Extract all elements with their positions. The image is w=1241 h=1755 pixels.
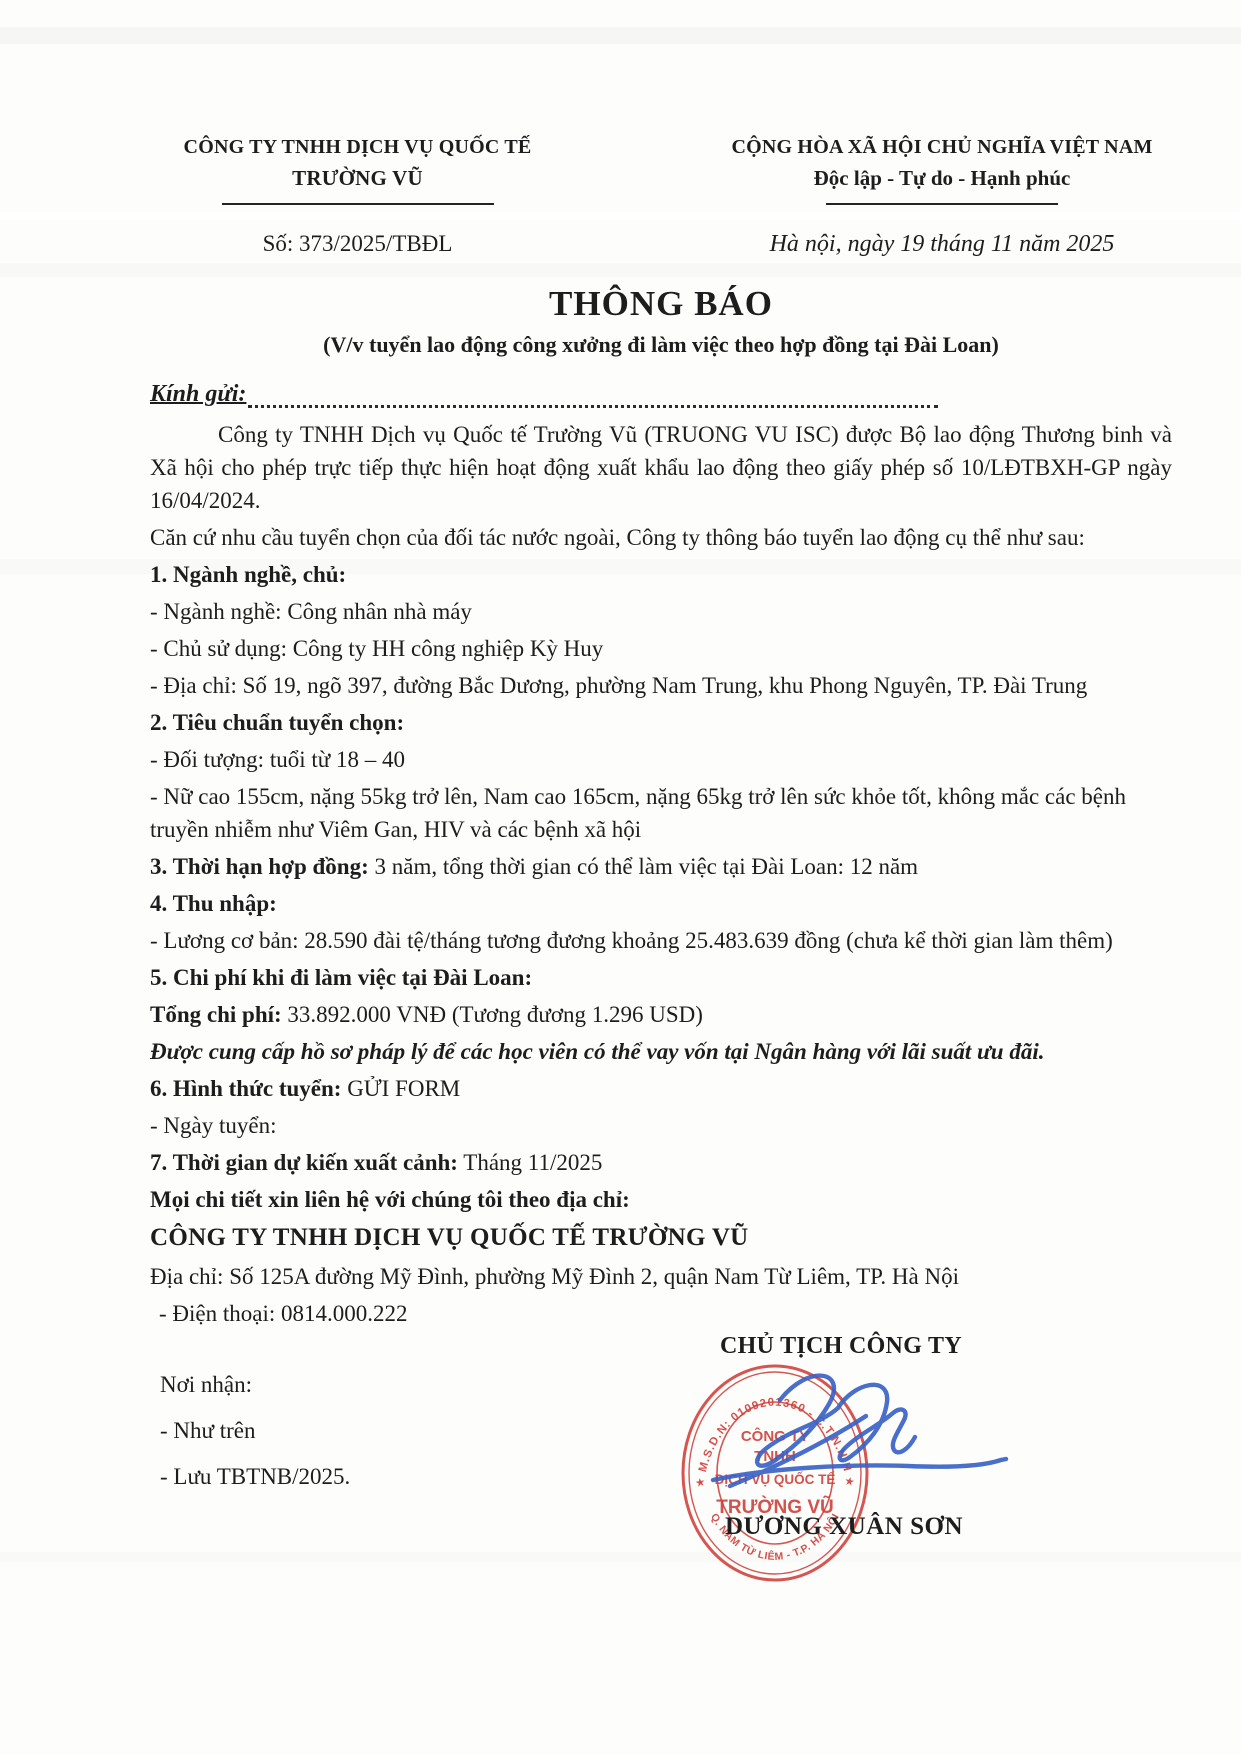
body-line: - Nữ cao 155cm, nặng 55kg trở lên, Nam c… [150, 780, 1172, 846]
signer-title: CHỦ TỊCH CÔNG TY [631, 1333, 1051, 1360]
text-run: 7. Thời gian dự kiến xuất cảnh: [150, 1150, 458, 1175]
text-run: Tổng chi phí: [150, 1002, 282, 1027]
national-header-block: CỘNG HÒA XÃ HỘI CHỦ NGHĨA VIỆT NAM Độc l… [712, 132, 1172, 205]
text-run: Địa chỉ: Số 125A đường Mỹ Đình, phường M… [150, 1264, 959, 1289]
document-title: THÔNG BÁO [150, 284, 1172, 324]
document-number: Số: 373/2025/TBĐL [150, 231, 565, 258]
document-subtitle: (V/v tuyển lao động công xưởng đi làm vi… [150, 330, 1172, 360]
text-run: CÔNG TY TNHH DỊCH VỤ QUỐC TẾ TRƯỜNG VŨ [150, 1224, 749, 1251]
text-run: - Chủ sử dụng: Công ty HH công nghiệp Kỳ… [150, 636, 603, 661]
body-line: - Chủ sử dụng: Công ty HH công nghiệp Kỳ… [150, 632, 1172, 665]
company-header-block: CÔNG TY TNHH DỊCH VỤ QUỐC TẾ TRƯỜNG VŨ [150, 132, 565, 205]
text-run: GỬI FORM [341, 1076, 460, 1101]
body-line: Mọi chi tiết xin liên hệ với chúng tôi t… [150, 1183, 1172, 1216]
body-line: Tổng chi phí: 33.892.000 VNĐ (Tương đươn… [150, 998, 1172, 1031]
recipients-label: Nơi nhận: [160, 1368, 350, 1401]
place-dateline: Hà nội, ngày 19 tháng 11 năm 2025 [712, 231, 1172, 258]
signature-scribble [708, 1368, 1010, 1494]
recipients-list: - Như trên- Lưu TBTNB/2025. [160, 1414, 350, 1493]
text-run: Căn cứ nhu cầu tuyển chọn của đối tác nư… [150, 525, 1085, 550]
text-run: - Địa chỉ: Số 19, ngõ 397, đường Bắc Dươ… [150, 673, 1087, 698]
text-run: - Lương cơ bản: 28.590 đài tệ/tháng tươn… [150, 928, 1113, 953]
body-line: Căn cứ nhu cầu tuyển chọn của đối tác nư… [150, 521, 1172, 554]
signer-name: DƯƠNG XUÂN SƠN [634, 1513, 1054, 1541]
text-run: 4. Thu nhập: [150, 891, 277, 916]
text-run: Được cung cấp hồ sơ pháp lý để các học v… [150, 1039, 1044, 1064]
salutation-row: Kính gửi: [150, 374, 1172, 408]
text-run: - Ngành nghề: Công nhân nhà máy [150, 599, 472, 624]
scan-artifact-band [0, 1552, 1241, 1562]
body-line: CÔNG TY TNHH DỊCH VỤ QUỐC TẾ TRƯỜNG VŨ [150, 1220, 1172, 1255]
body-line: 7. Thời gian dự kiến xuất cảnh: Tháng 11… [150, 1146, 1172, 1179]
body-line: Công ty TNHH Dịch vụ Quốc tế Trường Vũ (… [150, 418, 1172, 517]
national-motto-line2: Độc lập - Tự do - Hạnh phúc [712, 162, 1172, 194]
letterhead: CÔNG TY TNHH DỊCH VỤ QUỐC TẾ TRƯỜNG VŨ C… [150, 132, 1172, 205]
reference-row: Số: 373/2025/TBĐL Hà nội, ngày 19 tháng … [150, 231, 1172, 258]
text-run: 33.892.000 VNĐ (Tương đương 1.296 USD) [282, 1002, 703, 1027]
body-line: - Ngành nghề: Công nhân nhà máy [150, 595, 1172, 628]
body-line: - Địa chỉ: Số 19, ngõ 397, đường Bắc Dươ… [150, 669, 1172, 702]
body-line: 6. Hình thức tuyển: GỬI FORM [150, 1072, 1172, 1105]
body-line: - Ngày tuyển: [150, 1109, 1172, 1142]
text-run: Công ty TNHH Dịch vụ Quốc tế Trường Vũ (… [150, 422, 1172, 513]
body-line: 1. Ngành nghề, chủ: [150, 558, 1172, 591]
national-motto-line1: CỘNG HÒA XÃ HỘI CHỦ NGHĨA VIỆT NAM [712, 132, 1172, 162]
company-name-line2: TRƯỜNG VŨ [150, 162, 565, 194]
body-line: - Lương cơ bản: 28.590 đài tệ/tháng tươn… [150, 924, 1172, 957]
text-run: 3 năm, tổng thời gian có thể làm việc tạ… [369, 854, 918, 879]
recipient-item: - Lưu TBTNB/2025. [160, 1460, 350, 1493]
body-line: Địa chỉ: Số 125A đường Mỹ Đình, phường M… [150, 1260, 1172, 1293]
text-run: 5. Chi phí khi đi làm việc tại Đài Loan: [150, 965, 532, 990]
recipients-block: Nơi nhận: - Như trên- Lưu TBTNB/2025. [160, 1368, 350, 1506]
body-line: 4. Thu nhập: [150, 887, 1172, 920]
body-line: 2. Tiêu chuẩn tuyển chọn: [150, 706, 1172, 739]
body-line: 3. Thời hạn hợp đồng: 3 năm, tổng thời g… [150, 850, 1172, 883]
text-run: - Nữ cao 155cm, nặng 55kg trở lên, Nam c… [150, 784, 1126, 842]
text-run: Mọi chi tiết xin liên hệ với chúng tôi t… [150, 1187, 630, 1212]
text-run: 1. Ngành nghề, chủ: [150, 562, 346, 587]
text-run: - Ngày tuyển: [150, 1113, 276, 1138]
text-run: 2. Tiêu chuẩn tuyển chọn: [150, 710, 404, 735]
text-run: - Điện thoại: 0814.000.222 [159, 1301, 408, 1326]
body-line: - Điện thoại: 0814.000.222 [150, 1297, 1172, 1330]
header-rule-right [826, 203, 1058, 205]
document-page: CÔNG TY TNHH DỊCH VỤ QUỐC TẾ TRƯỜNG VŨ C… [0, 0, 1241, 1755]
scan-artifact-band [0, 27, 1241, 44]
text-run: 6. Hình thức tuyển: [150, 1076, 341, 1101]
text-run: 3. Thời hạn hợp đồng: [150, 854, 369, 879]
recipient-item: - Như trên [160, 1414, 350, 1447]
document-content: CÔNG TY TNHH DỊCH VỤ QUỐC TẾ TRƯỜNG VŨ C… [150, 132, 1172, 1334]
body-line: - Đối tượng: tuổi từ 18 – 40 [150, 743, 1172, 776]
body-line: 5. Chi phí khi đi làm việc tại Đài Loan: [150, 961, 1172, 994]
header-rule-left [222, 203, 494, 205]
signature-graphic [708, 1368, 1010, 1494]
body-text: Công ty TNHH Dịch vụ Quốc tế Trường Vũ (… [150, 418, 1172, 1330]
company-name-line1: CÔNG TY TNHH DỊCH VỤ QUỐC TẾ [150, 132, 565, 162]
text-run: Tháng 11/2025 [458, 1150, 602, 1175]
text-run: - Đối tượng: tuổi từ 18 – 40 [150, 747, 405, 772]
body-line: Được cung cấp hồ sơ pháp lý để các học v… [150, 1035, 1172, 1068]
dotted-leader [248, 378, 938, 408]
salutation-label: Kính gửi: [150, 381, 246, 408]
